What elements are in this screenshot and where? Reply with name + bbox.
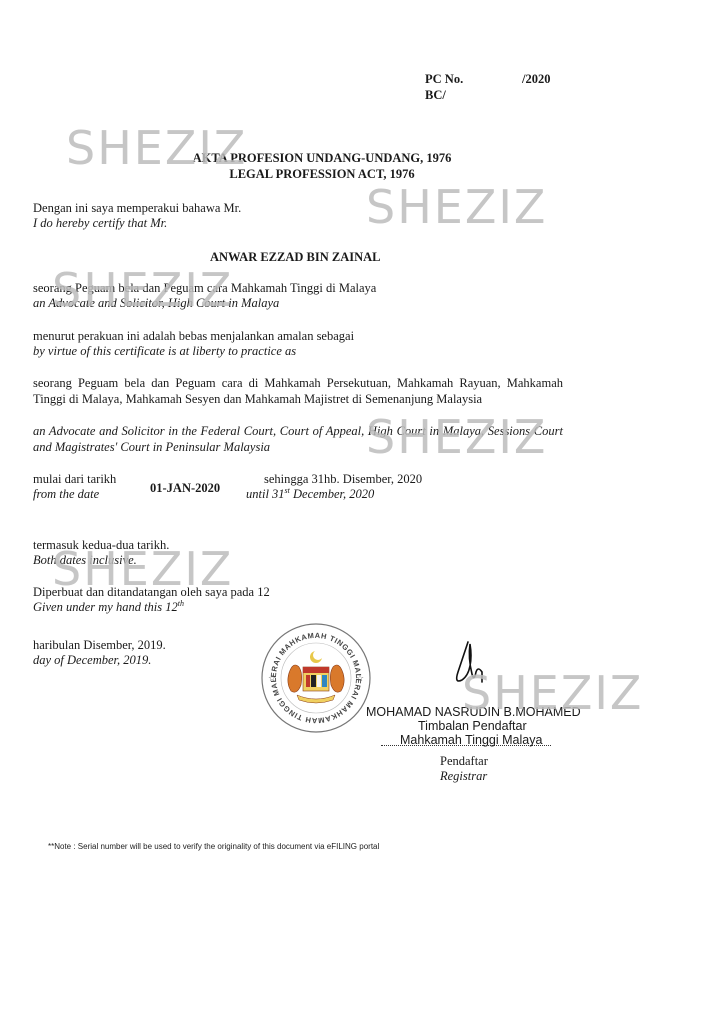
until-date-english: until 31st December, 2020 <box>246 486 374 502</box>
watermark: SHEZIZ <box>366 182 547 232</box>
until-date-malay: sehingga 31hb. Disember, 2020 <box>264 471 422 487</box>
day-english: day of December, 2019. <box>33 652 151 668</box>
practice-malay: seorang Peguam bela dan Peguam cara di M… <box>33 375 563 407</box>
court-seal: METERAI MAHKAMAH TINGGI MALAYA METERAI M… <box>259 621 373 735</box>
signature-line <box>381 745 551 746</box>
certify-english: I do hereby certify that Mr. <box>33 215 167 231</box>
footer-note: **Note : Serial number will be used to v… <box>48 842 379 851</box>
holder-name: ANWAR EZZAD BIN ZAINAL <box>210 249 381 265</box>
pc-number-value: /2020 <box>522 71 550 87</box>
watermark: SHEZIZ <box>66 123 247 173</box>
watermark: SHEZIZ <box>52 544 233 594</box>
given-english: Given under my hand this 12th <box>33 599 184 615</box>
role-english: Registrar <box>440 768 487 784</box>
watermark: SHEZIZ <box>52 265 233 315</box>
pc-number-label: PC No. <box>425 71 522 87</box>
signatory-title: Timbalan Pendaftar <box>418 719 527 733</box>
certify-malay: Dengan ini saya memperakui bahawa Mr. <box>33 200 241 216</box>
watermark: SHEZIZ <box>462 668 643 718</box>
from-date-english: from the date <box>33 486 99 502</box>
svg-text:☆: ☆ <box>268 673 276 683</box>
until-suffix: December, 2020 <box>290 487 374 501</box>
reference-block: PC No. /2020 BC/ <box>425 71 550 103</box>
given-prefix: Given under my hand this 12 <box>33 600 178 614</box>
liberty-english: by virtue of this certificate is at libe… <box>33 343 296 359</box>
day-malay: haribulan Disember, 2019. <box>33 637 166 653</box>
bc-label: BC/ <box>425 87 550 103</box>
from-date-malay: mulai dari tarikh <box>33 471 116 487</box>
svg-text:☆: ☆ <box>356 673 364 683</box>
start-date: 01-JAN-2020 <box>150 480 220 496</box>
seal-emblem-icon: METERAI MAHKAMAH TINGGI MALAYA METERAI M… <box>259 621 373 735</box>
role-malay: Pendaftar <box>440 753 488 769</box>
watermark: SHEZIZ <box>366 412 547 462</box>
given-superscript: th <box>178 599 184 608</box>
liberty-malay: menurut perakuan ini adalah bebas menjal… <box>33 328 354 344</box>
until-prefix: until 31 <box>246 487 285 501</box>
